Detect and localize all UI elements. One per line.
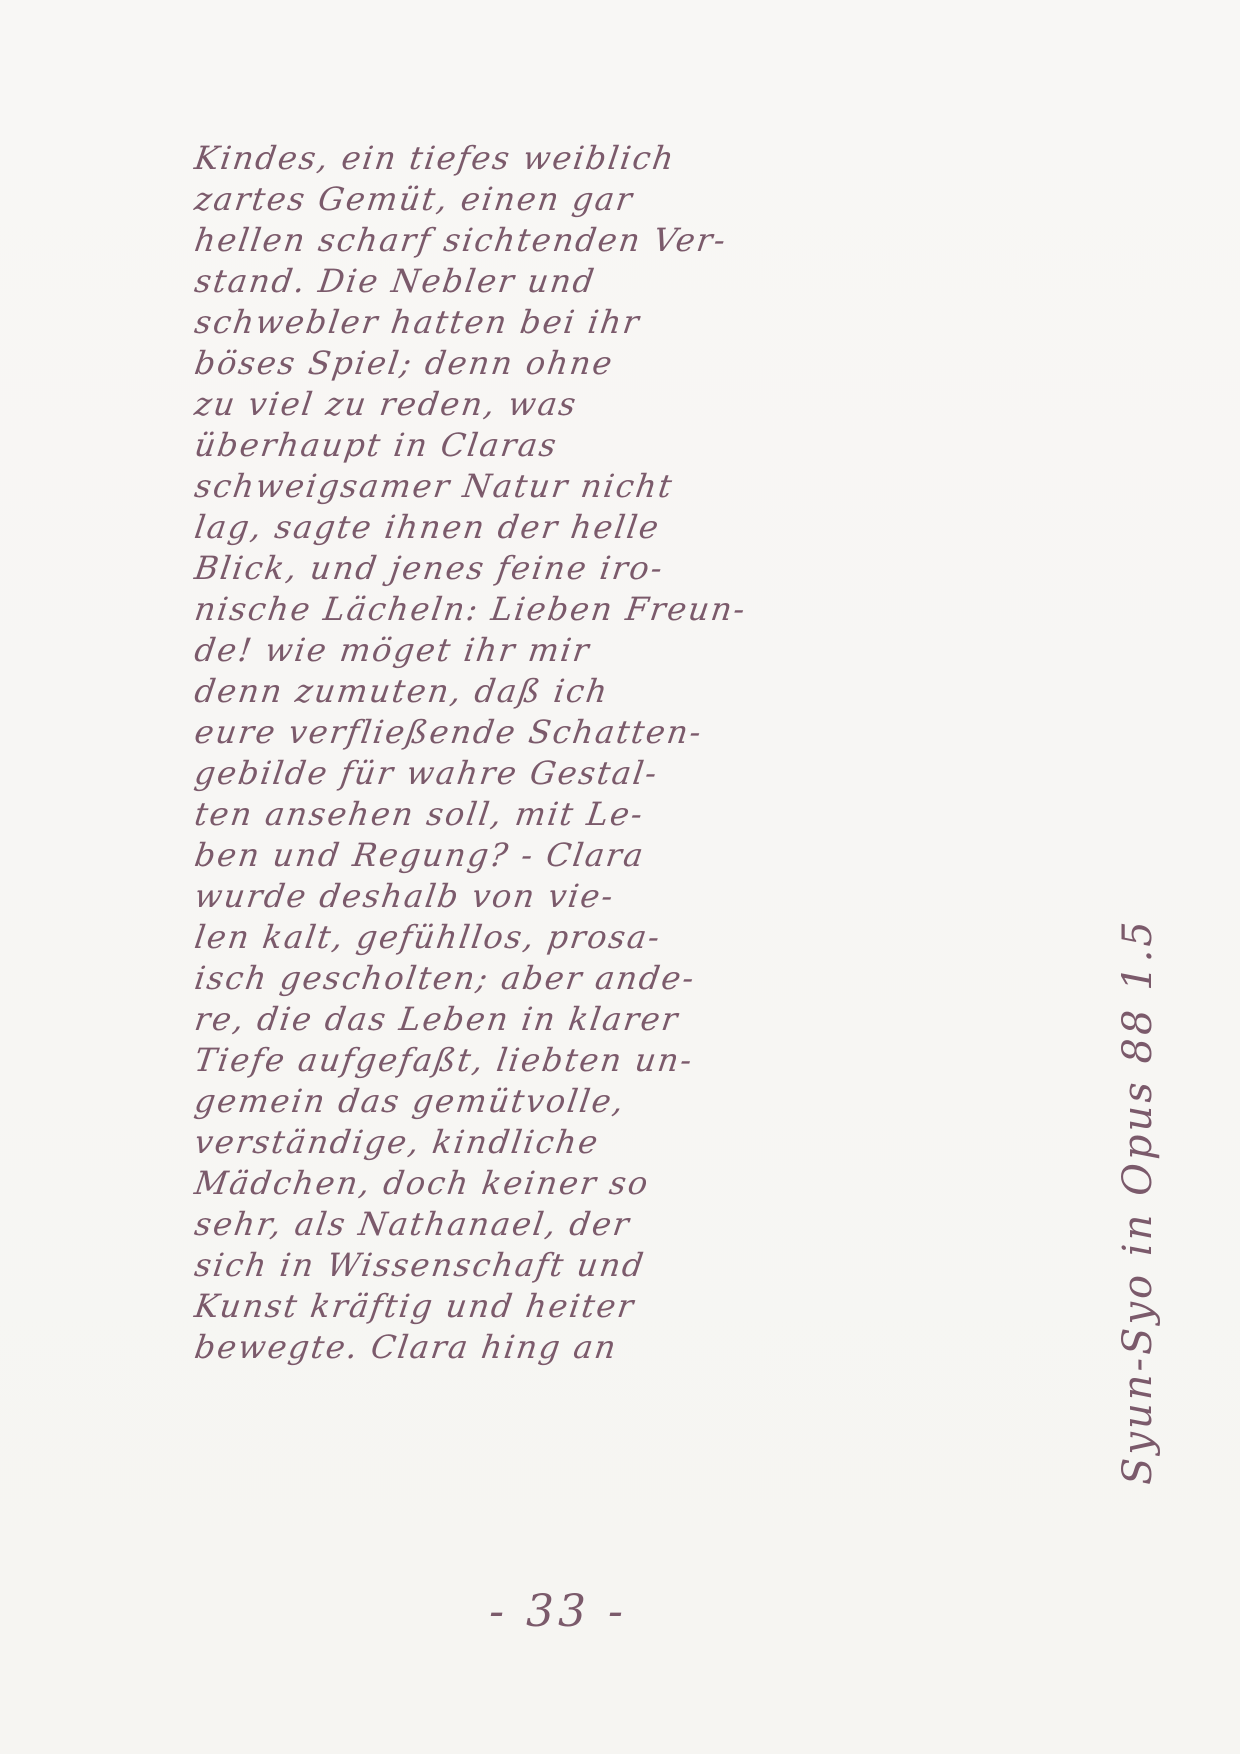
text-line: isch gescholten; aber ande- bbox=[192, 958, 1098, 999]
text-line: de! wie möget ihr mir bbox=[192, 630, 1098, 671]
text-line: schweigsamer Natur nicht bbox=[192, 466, 1098, 507]
text-line: Mädchen, doch keiner so bbox=[192, 1163, 1098, 1204]
text-line: nische Lächeln: Lieben Freun- bbox=[192, 589, 1098, 630]
text-line: ben und Regung? - Clara bbox=[192, 835, 1098, 876]
text-line: Kunst kräftig und heiter bbox=[192, 1286, 1098, 1327]
text-line: zartes Gemüt, einen gar bbox=[192, 179, 1098, 220]
text-line: gebilde für wahre Gestal- bbox=[192, 753, 1098, 794]
margin-note-vertical: Syun-Syo in Opus 88 1.5 bbox=[1115, 918, 1161, 1485]
handwritten-text-block: Kindes, ein tiefes weiblich zartes Gemüt… bbox=[192, 138, 1092, 1368]
text-line: denn zumuten, daß ich bbox=[192, 671, 1098, 712]
text-line: böses Spiel; denn ohne bbox=[192, 343, 1098, 384]
text-line: Tiefe aufgefaßt, liebten un- bbox=[192, 1040, 1098, 1081]
text-line: stand. Die Nebler und bbox=[192, 261, 1098, 302]
text-line: ten ansehen soll, mit Le- bbox=[192, 794, 1098, 835]
text-line: eure verfließende Schatten- bbox=[192, 712, 1098, 753]
text-line: gemein das gemütvolle, bbox=[192, 1081, 1098, 1122]
text-line: hellen scharf sichtenden Ver- bbox=[192, 220, 1098, 261]
text-line: wurde deshalb von vie- bbox=[192, 876, 1098, 917]
text-line: sehr, als Nathanael, der bbox=[192, 1204, 1098, 1245]
text-line: zu viel zu reden, was bbox=[192, 384, 1098, 425]
text-line: Blick, und jenes feine iro- bbox=[192, 548, 1098, 589]
text-line: sich in Wissenschaft und bbox=[192, 1245, 1098, 1286]
page-number: - 33 - bbox=[478, 1586, 638, 1637]
text-line: verständige, kindliche bbox=[192, 1122, 1098, 1163]
text-line: schwebler hatten bei ihr bbox=[192, 302, 1098, 343]
text-line: bewegte. Clara hing an bbox=[192, 1327, 1098, 1368]
text-line: len kalt, gefühllos, prosa- bbox=[192, 917, 1098, 958]
text-line: überhaupt in Claras bbox=[192, 425, 1098, 466]
text-line: lag, sagte ihnen der helle bbox=[192, 507, 1098, 548]
manuscript-page: Kindes, ein tiefes weiblich zartes Gemüt… bbox=[0, 0, 1240, 1754]
text-line: re, die das Leben in klarer bbox=[192, 999, 1098, 1040]
text-line: Kindes, ein tiefes weiblich bbox=[192, 138, 1098, 179]
